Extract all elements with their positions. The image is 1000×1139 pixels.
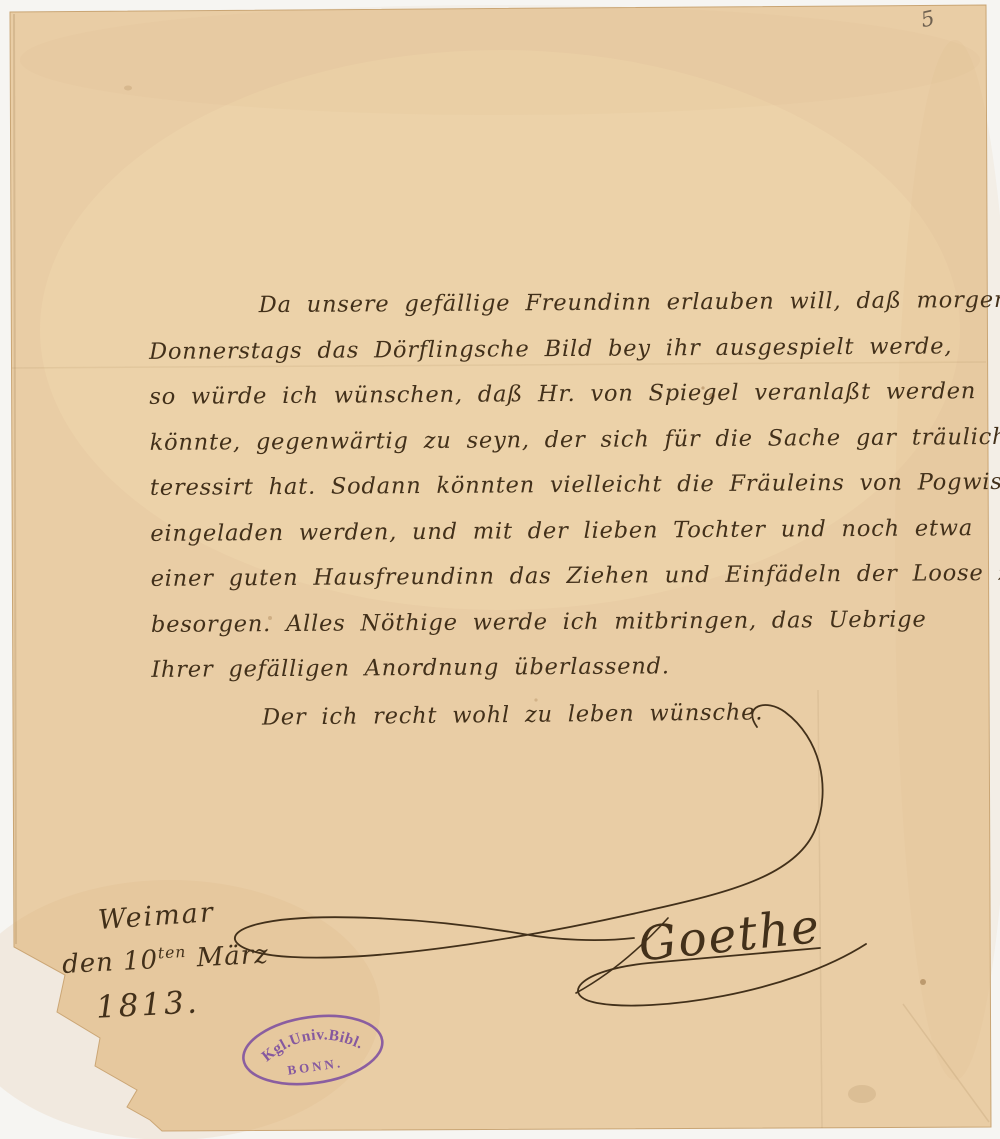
dateline-month: März (196, 939, 270, 973)
foxing-spot (920, 979, 926, 985)
paper-shade-top (20, 5, 980, 115)
letter-line: Donnerstags das Dörflingsche Bild bey ih… (149, 324, 983, 375)
letter-line: besorgen. Alles Nöthige werde ich mitbri… (151, 597, 985, 648)
dateline-day-suffix: ten (157, 943, 186, 962)
letter-line: einer guten Hausfreundinn das Ziehen und… (150, 551, 984, 602)
dateline-year: 1813. (95, 984, 200, 1025)
scanned-letter: 5 Da unsere gefällige Freundinn erlauben… (0, 0, 1000, 1139)
foxing-spot (124, 86, 132, 91)
letter-line: teressirt hat. Sodann könnten vielleicht… (150, 460, 984, 511)
stamp-text-bottom: BONN. (286, 1055, 343, 1078)
letter-line: könnte, gegenwärtig zu seyn, der sich fü… (150, 415, 984, 466)
letter-line: so würde ich wünschen, daß Hr. von Spieg… (149, 369, 983, 420)
closing-line: Der ich recht wohl zu leben wünsche. (262, 699, 763, 730)
letter-line: Ihrer gefälligen Anordnung überlassend. (151, 642, 985, 693)
letter-line: eingeladen werden, und mit der lieben To… (150, 506, 984, 557)
smudge (848, 1085, 876, 1103)
letter-body: Da unsere gefällige Freundinn erlauben w… (149, 278, 986, 693)
dateline-day-number: den 10 (61, 945, 159, 980)
letter-line: Da unsere gefällige Freundinn erlauben w… (149, 278, 983, 329)
